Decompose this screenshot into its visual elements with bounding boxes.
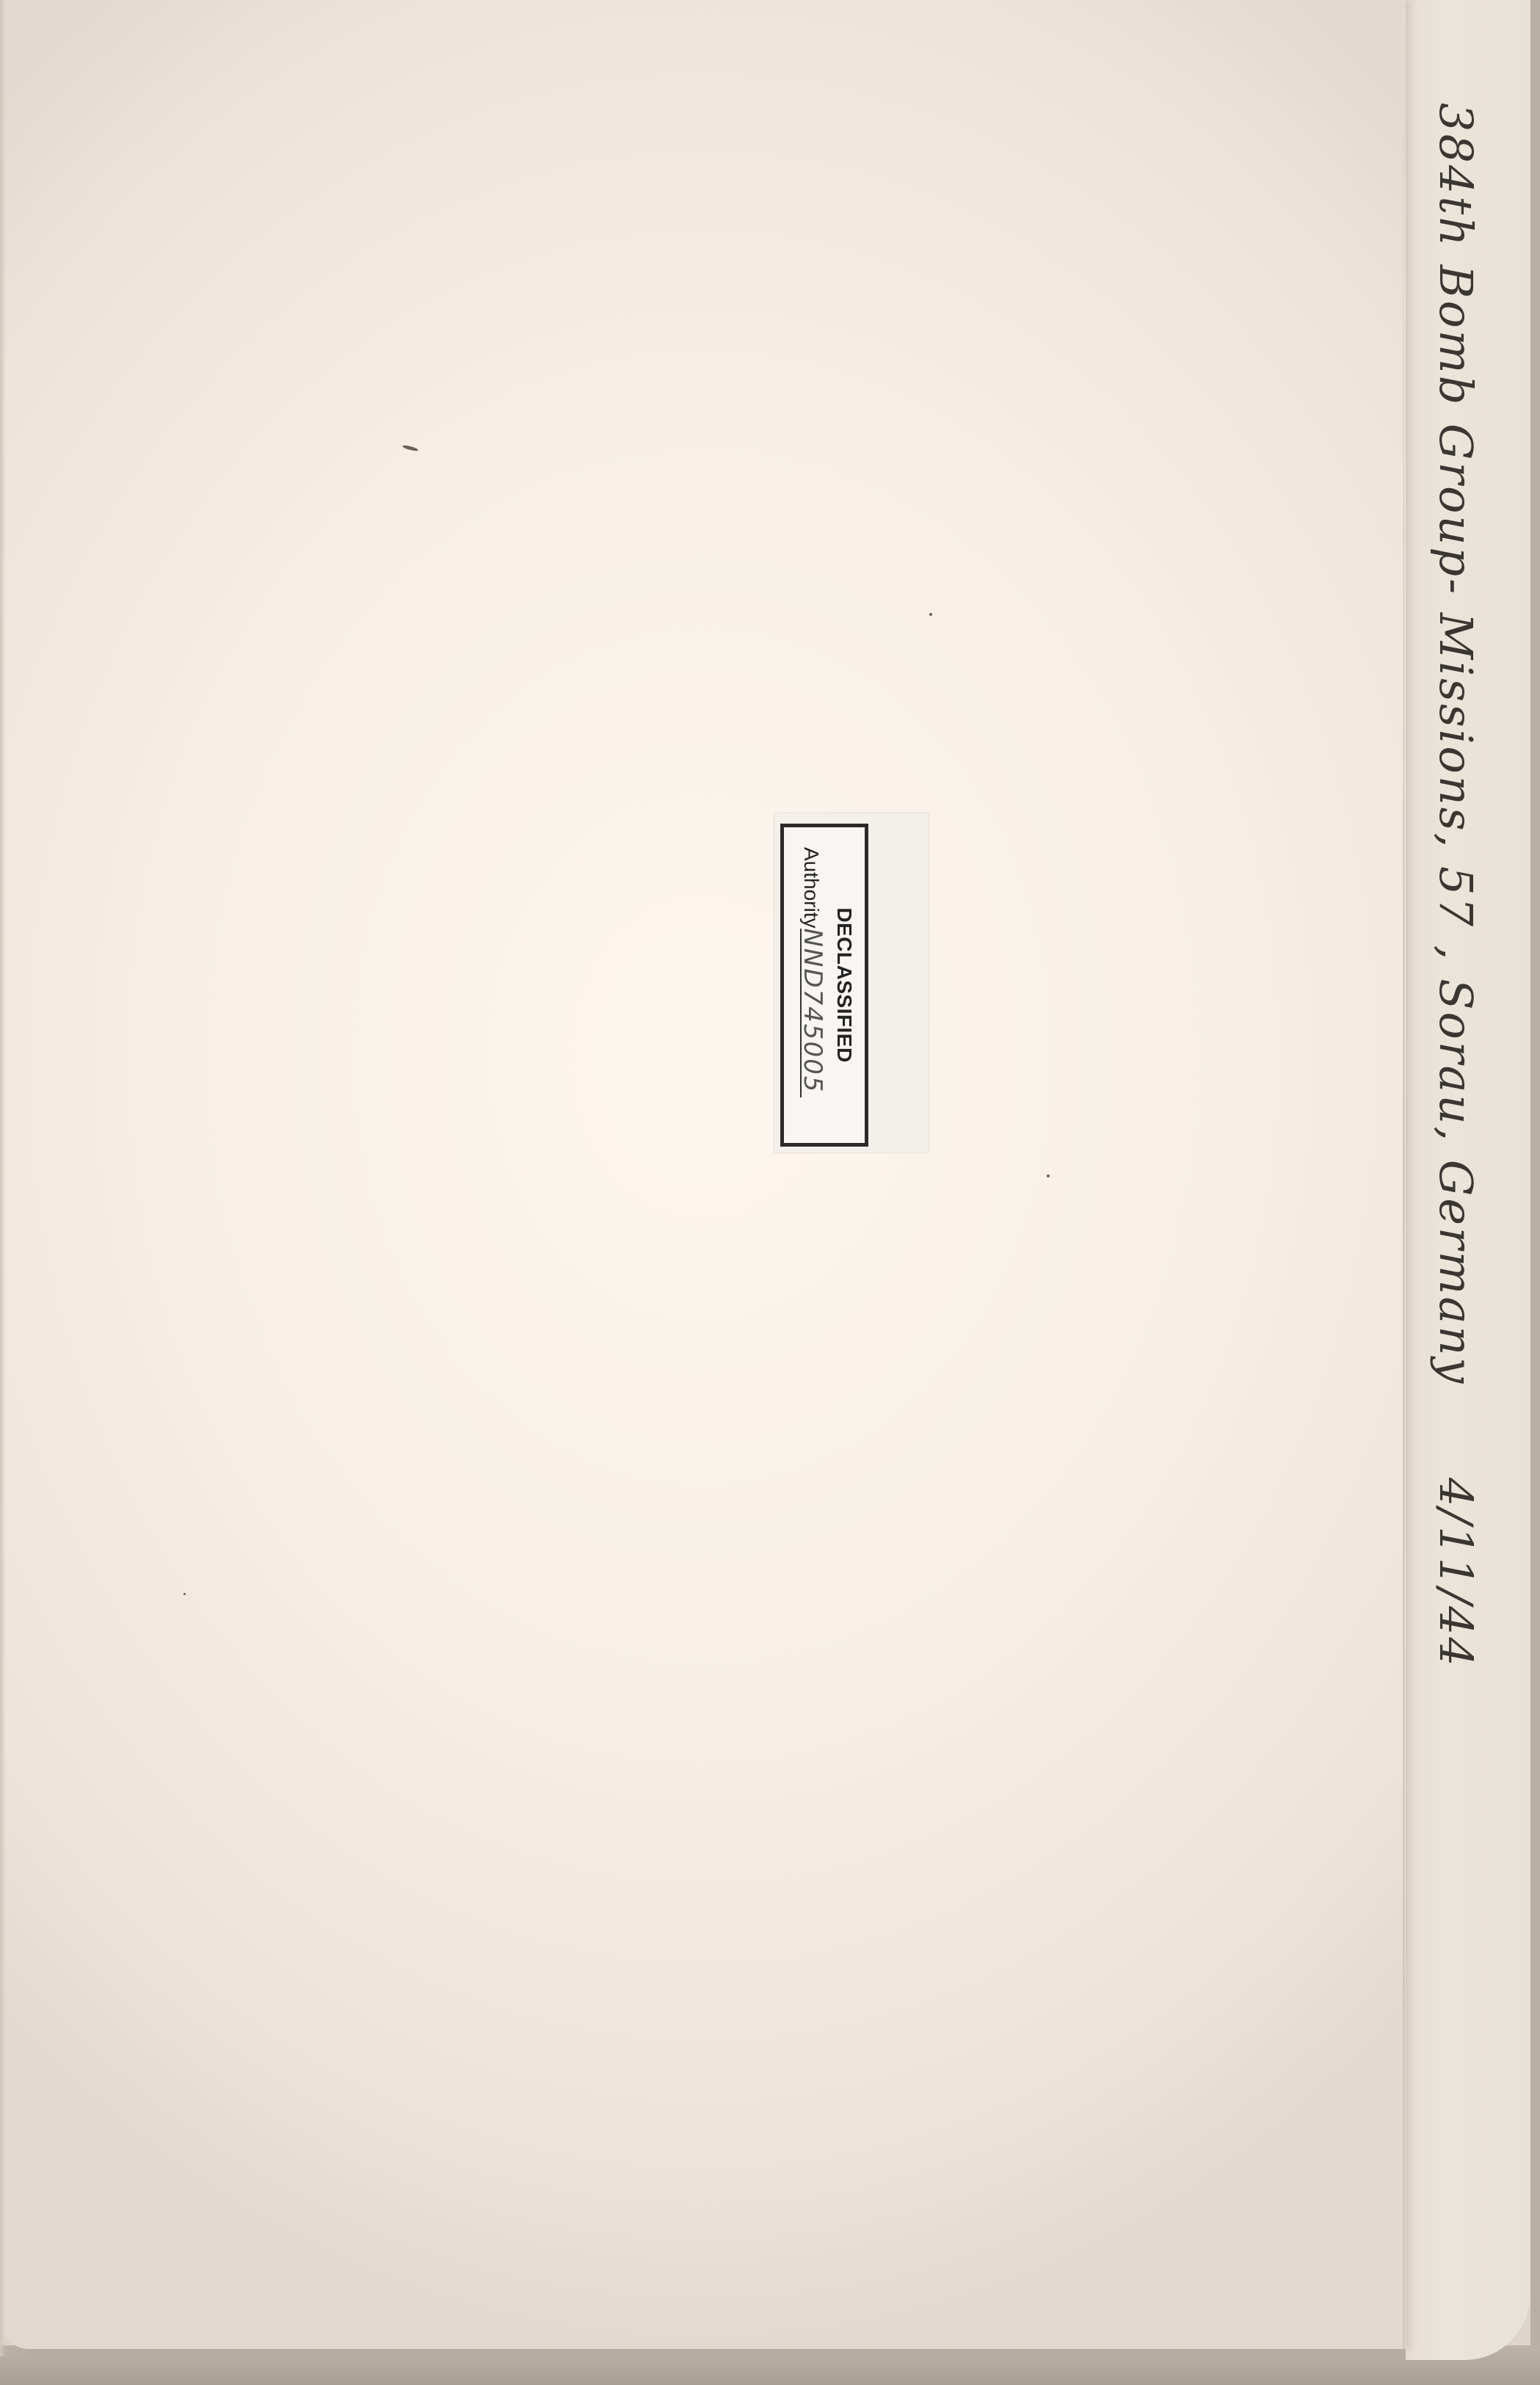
stamp-authority-label: Authority	[800, 847, 823, 929]
label-date: 4/11/44	[1429, 1478, 1483, 1669]
label-series: Missions	[1429, 613, 1483, 833]
folder-back-edge	[1530, 0, 1540, 2385]
declassified-stamp: DECLASSIFIED AuthorityNND745005	[780, 824, 868, 1147]
speck-mark	[184, 1593, 186, 1595]
scanned-page: 384th Bomb Group- Missions, 57 , Sorau, …	[0, 0, 1540, 2385]
stamp-authority-value: NND745005	[800, 929, 824, 1097]
folder-cover	[0, 0, 1406, 2349]
folder-tab-label: 384th Bomb Group- Missions, 57 , Sorau, …	[1429, 103, 1483, 1424]
stamp-title: DECLASSIFIED	[832, 831, 856, 1139]
fold-line	[1403, 0, 1405, 2349]
label-mission-number: 57	[1429, 866, 1483, 929]
label-target: Sorau, Germany	[1429, 979, 1483, 1385]
stamp-authority-line: AuthorityNND745005	[799, 847, 824, 1097]
speck-mark	[929, 613, 932, 616]
speck-mark	[1047, 1175, 1050, 1177]
label-separator: -	[1429, 578, 1483, 596]
label-unit: 384th Bomb Group	[1429, 103, 1483, 578]
folder-left-edge	[0, 0, 6, 2356]
bottom-shadow	[0, 2345, 1540, 2385]
